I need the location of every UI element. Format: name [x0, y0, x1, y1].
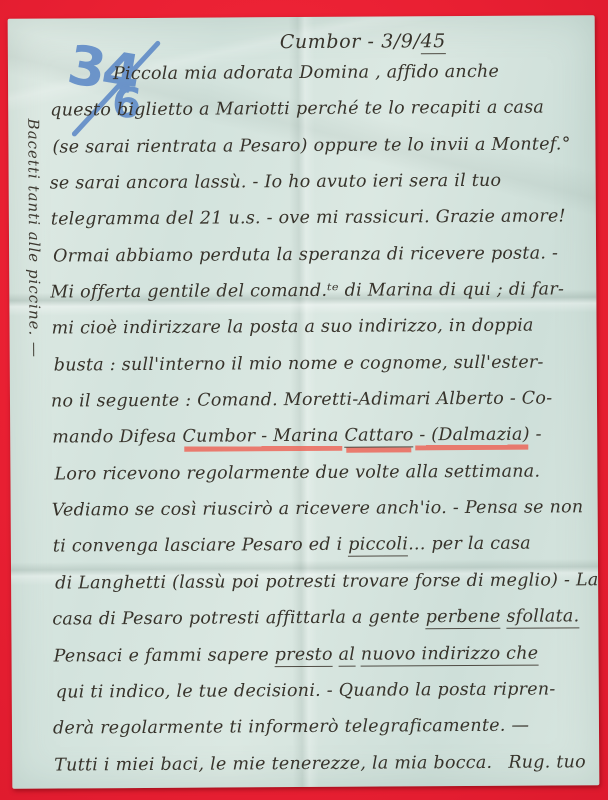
dateline-year: 45	[420, 30, 446, 54]
text-segment: Loro ricevono regolarmente due volte all…	[54, 461, 540, 484]
text-segment: Piccola mia adorata Domina , affido anch…	[113, 62, 499, 84]
text-segment: busta : sull'interno il mio nome e cogno…	[54, 352, 544, 375]
text-segment: Cattaro	[344, 426, 413, 448]
text-segment: Mi offerta gentile del comand.ᵗᵉ di Mari…	[50, 279, 564, 302]
letter-body: Piccola mia adorata Domina , affido anch…	[50, 61, 593, 789]
dateline: Cumbor - 3/9/45	[280, 30, 446, 53]
scan-background: 34 6 Cumbor - 3/9/45 Piccola mia adorata…	[0, 0, 608, 800]
letter-paper: 34 6 Cumbor - 3/9/45 Piccola mia adorata…	[8, 15, 600, 789]
handwritten-line: Piccola mia adorata Domina , affido anch…	[49, 61, 588, 101]
text-segment: sfollata.	[506, 606, 579, 628]
handwritten-line: no il seguente : Comand. Moretti-Adimari…	[51, 388, 590, 428]
text-segment: casa di Pesaro potresti affittarla a gen…	[52, 607, 426, 629]
text-segment: Ormai abbiamo perduta la speranza di ric…	[53, 243, 558, 266]
text-segment: qui ti indico, le tue decisioni. - Quand…	[56, 679, 556, 702]
text-segment: telegramma del 21 u.s. - ove mi rassicur…	[51, 207, 566, 230]
text-segment: questo biglietto a Mariotti perché te lo…	[50, 98, 544, 121]
text-segment: Pensaci e fammi sapere	[53, 645, 274, 666]
text-segment: (se sarai rientrata a Pesaro) oppure te …	[52, 134, 570, 157]
handwritten-line: se sarai ancora lassù. - Io ho avuto ier…	[50, 170, 589, 210]
text-segment: di Langhetti (lassù poi potresti trovare…	[55, 570, 599, 593]
margin-note: Bacetti tanti alle piccine. —	[24, 119, 43, 358]
text-segment: -	[530, 425, 542, 445]
handwritten-line: questo biglietto a Mariotti perché te lo…	[50, 98, 589, 138]
handwritten-line: Vediamo se così riuscirò a ricevere anch…	[52, 497, 591, 537]
text-segment: Tutti i miei baci, le mie tenerezze, la …	[54, 752, 492, 775]
text-segment: - (Dalmazia)	[413, 425, 529, 446]
handwritten-line: derà regolarmente ti informerò telegrafi…	[53, 715, 592, 755]
handwritten-line: busta : sull'interno il mio nome e cogno…	[54, 352, 593, 392]
text-segment: piccoli	[348, 535, 408, 557]
handwritten-line: Ormai abbiamo perduta la speranza di ric…	[53, 243, 592, 283]
text-segment: Vediamo se così riuscirò a ricevere anch…	[52, 497, 584, 520]
handwritten-line: Pensaci e fammi sapere presto al nuovo i…	[53, 643, 592, 683]
text-segment: derà regolarmente ti informerò telegrafi…	[53, 716, 529, 739]
handwritten-line: di Langhetti (lassù poi potresti trovare…	[55, 570, 594, 610]
handwritten-line: casa di Pesaro potresti affittarla a gen…	[52, 606, 591, 646]
text-segment: no il seguente : Comand. Moretti-Adimari…	[51, 389, 552, 412]
text-segment: mando Difesa	[52, 427, 182, 448]
text-segment: Cumbor - Marina	[182, 426, 344, 447]
handwritten-line: mando Difesa Cumbor - Marina Cattaro - (…	[52, 425, 591, 465]
handwritten-line: Tutti i miei baci, le mie tenerezze, la …	[54, 752, 593, 789]
text-segment: al	[338, 644, 355, 666]
text-segment: Rug. tuo	[508, 752, 586, 772]
handwritten-line: Mi offerta gentile del comand.ᵗᵉ di Mari…	[50, 279, 589, 319]
handwritten-line: qui ti indico, le tue decisioni. - Quand…	[56, 679, 595, 719]
handwritten-line: telegramma del 21 u.s. - ove mi rassicur…	[51, 207, 590, 247]
text-segment: ti convenga lasciare Pesaro ed i	[53, 535, 349, 557]
dateline-place-date: Cumbor - 3/9/	[280, 30, 421, 53]
text-segment: ... per la casa	[408, 534, 531, 555]
handwritten-line: ti convenga lasciare Pesaro ed i piccoli…	[53, 534, 592, 574]
handwritten-line: Loro ricevono regolarmente due volte all…	[54, 461, 593, 501]
text-segment: presto	[275, 644, 333, 666]
text-segment: se sarai ancora lassù. - Io ho avuto ier…	[50, 171, 502, 194]
text-segment: mi cioè indirizzare la posta a suo indir…	[51, 316, 533, 339]
handwritten-line: (se sarai rientrata a Pesaro) oppure te …	[52, 134, 591, 174]
text-segment: nuovo indirizzo che	[361, 643, 539, 666]
text-segment: perbene	[426, 607, 501, 629]
handwritten-line: mi cioè indirizzare la posta a suo indir…	[51, 316, 590, 356]
